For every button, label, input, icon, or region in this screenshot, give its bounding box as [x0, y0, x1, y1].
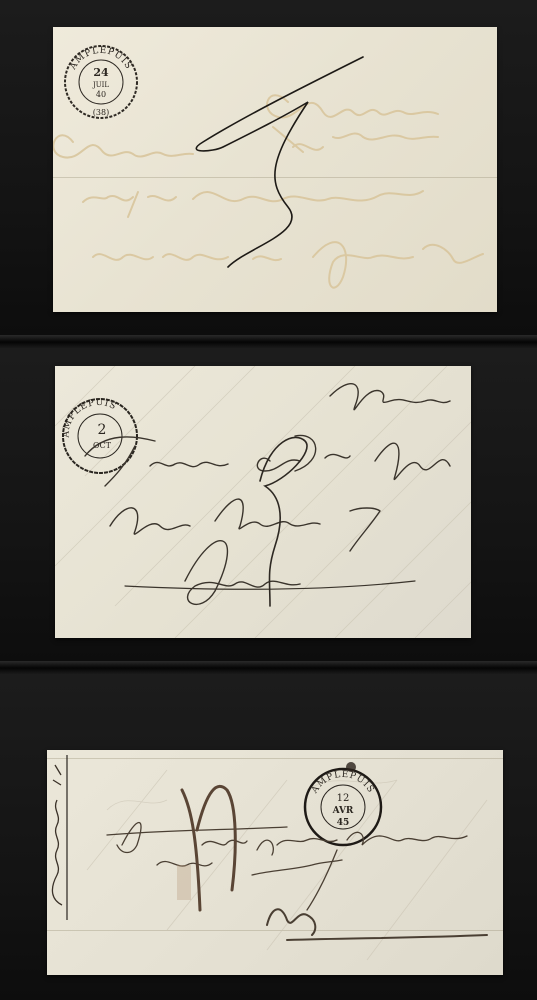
svg-text:45: 45	[337, 818, 350, 828]
letter-top-artwork: AMPLEPUIS 24 JUIL 40 (38)	[53, 27, 497, 312]
letter-middle-artwork: AMPLEPUIS 2 OCT	[55, 366, 471, 638]
postmark-icon: AMPLEPUIS 12 AVR 45	[305, 762, 381, 845]
svg-text:JUIL: JUIL	[92, 81, 109, 89]
letter-bottom: AMPLEPUIS 12 AVR 45 A. Frane père fils &…	[47, 750, 503, 975]
svg-text:12: 12	[337, 793, 350, 804]
strip-divider	[0, 661, 537, 675]
rate-mark-icon	[196, 57, 363, 267]
letter-middle: AMPLEPUIS 2 OCT A. Frane & Cie Négts	[55, 366, 471, 638]
svg-text:2: 2	[98, 422, 107, 438]
svg-text:24: 24	[93, 66, 109, 79]
svg-text:40: 40	[96, 90, 106, 99]
svg-text:AMPLEPUIS: AMPLEPUIS	[61, 398, 118, 439]
svg-text:(38): (38)	[93, 108, 109, 117]
letter-top: AMPLEPUIS 24 JUIL 40 (38) Messieurs Ath.…	[53, 27, 497, 312]
strip-divider	[0, 335, 537, 349]
letter-bottom-artwork: AMPLEPUIS 12 AVR 45	[47, 750, 503, 975]
side-text-icon	[52, 765, 62, 905]
svg-text:AVR: AVR	[332, 806, 354, 816]
postmark-icon: AMPLEPUIS 24 JUIL 40 (38)	[65, 46, 137, 118]
